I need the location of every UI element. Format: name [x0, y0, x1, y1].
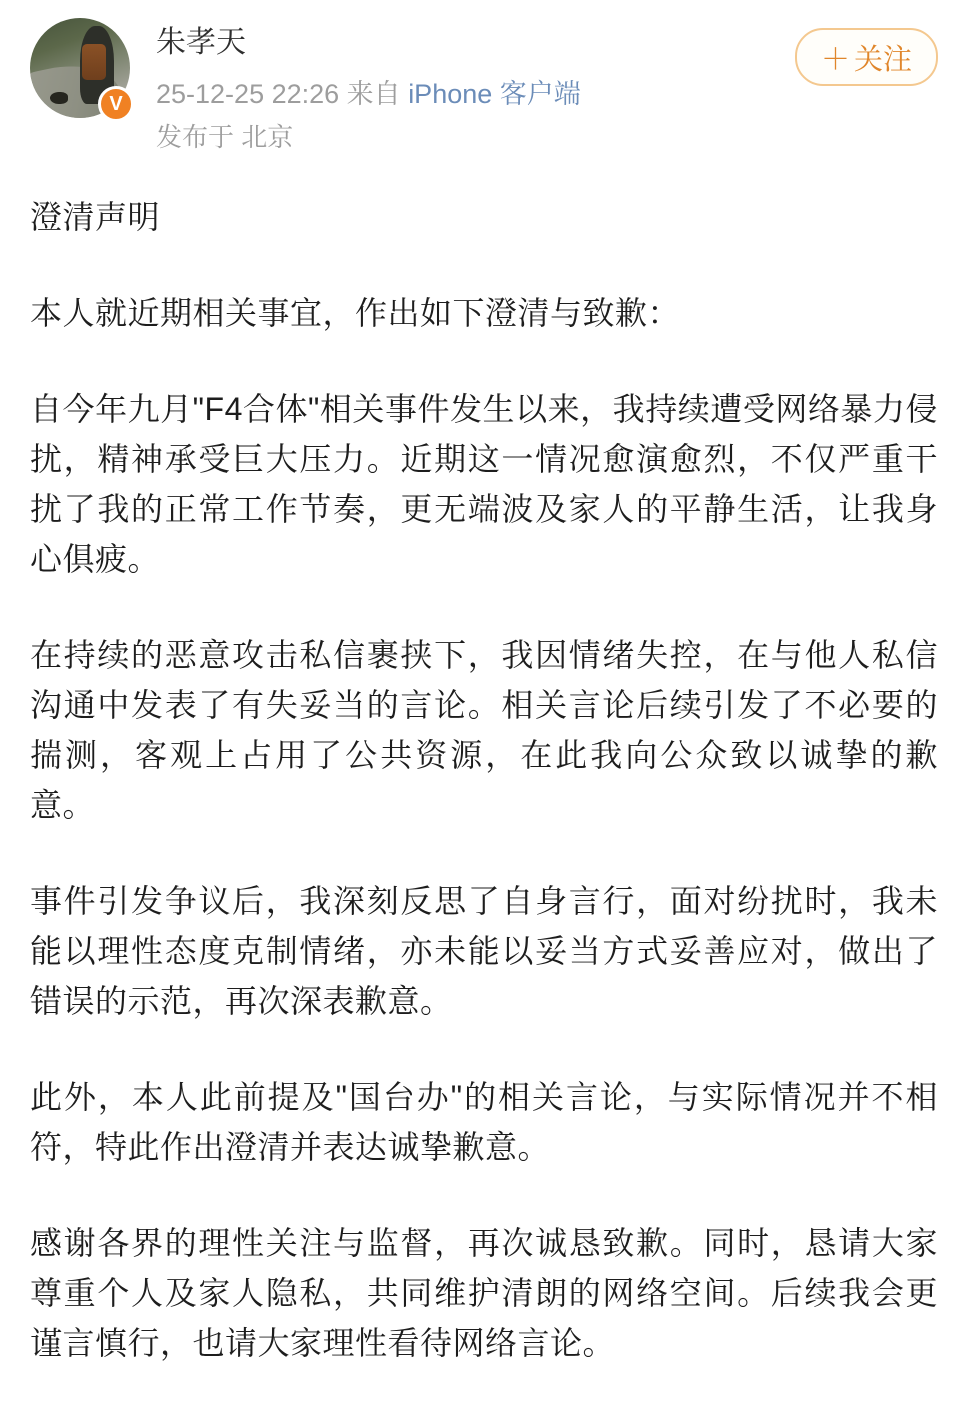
timestamp: 25-12-25 22:26	[156, 79, 339, 109]
post-paragraph: 事件引发争议后，我深刻反思了自身言行，面对纷扰时，我未能以理性态度克制情绪，亦未…	[30, 876, 938, 1026]
post-paragraph: 感谢各界的理性关注与监督，再次诚恳致歉。同时，恳请大家尊重个人及家人隐私，共同维…	[30, 1218, 938, 1368]
post-paragraph: 在持续的恶意攻击私信裹挟下，我因情绪失控，在与他人私信沟通中发表了有失妥当的言论…	[30, 630, 938, 830]
post-header: V 朱孝天 25-12-25 22:26 来自 iPhone 客户端 发布于 北…	[30, 18, 938, 152]
weibo-post-page: V 朱孝天 25-12-25 22:26 来自 iPhone 客户端 发布于 北…	[0, 0, 968, 1408]
post-body: 澄清声明 本人就近期相关事宜，作出如下澄清与致歉： 自今年九月"F4合体"相关事…	[30, 192, 938, 1368]
source-link[interactable]: iPhone 客户端	[408, 79, 581, 109]
post-paragraph: 此外，本人此前提及"国台办"的相关言论，与实际情况并不相符，特此作出澄清并表达诚…	[30, 1072, 938, 1172]
verified-v-icon: V	[98, 86, 134, 122]
avatar[interactable]: V	[30, 18, 130, 118]
plus-icon: ＋	[821, 37, 850, 78]
follow-button-label: 关注	[854, 37, 912, 78]
post-paragraph: 本人就近期相关事宜，作出如下澄清与致歉：	[30, 288, 938, 338]
follow-button[interactable]: ＋ 关注	[795, 28, 938, 86]
post-meta: 25-12-25 22:26 来自 iPhone 客户端	[156, 78, 795, 110]
post-paragraph: 自今年九月"F4合体"相关事件发生以来，我持续遭受网络暴力侵扰，精神承受巨大压力…	[30, 384, 938, 584]
avatar-dog-shape	[50, 92, 68, 104]
username[interactable]: 朱孝天	[156, 24, 795, 62]
source-prefix: 来自	[347, 79, 401, 109]
post-location[interactable]: 发布于 北京	[156, 122, 795, 152]
header-info: 朱孝天 25-12-25 22:26 来自 iPhone 客户端 发布于 北京	[156, 18, 795, 152]
avatar-backpack-shape	[82, 44, 106, 80]
post-paragraph: 澄清声明	[30, 192, 938, 242]
